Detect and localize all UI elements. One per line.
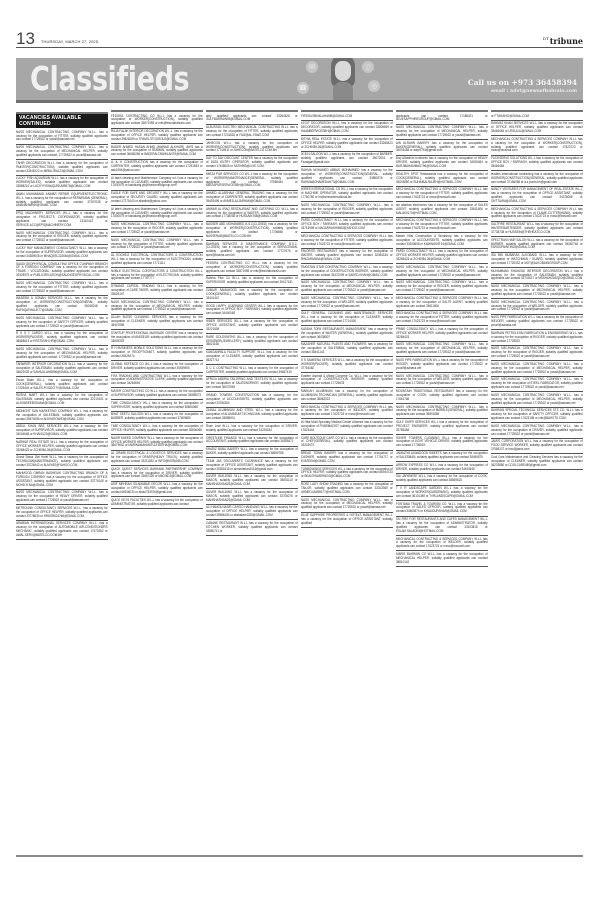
classified-ad: NASS MECHANICAL CONTRACTING COMPANY W.L.… xyxy=(16,146,108,161)
classified-ad: NASS MECHANICAL CONTRACTING COMPANY W.L.… xyxy=(491,300,583,315)
classified-ad: HEALTHY SPOT Restaurants has a vacancy f… xyxy=(396,172,488,187)
classified-ad: AHMED ALJARHAM GENERAL TRADING has a vac… xyxy=(206,192,298,207)
classified-ad: PAKISTAN STAR CONTRACTING COMPANY W.L.L.… xyxy=(301,265,393,280)
classified-ad: NASS MECHANICAL CONTRACTING COMPANY W.L.… xyxy=(111,300,203,315)
classified-ad: LUCKY RAY MANAGEMENT CONSULTANCY W.L.L h… xyxy=(16,246,108,261)
classified-ad: ASIF MEHRAN ISLAMABAD DECOR W.L.L has a … xyxy=(111,483,203,498)
classified-ad: NASS PIPE FABRICATION W.L.L has a vacanc… xyxy=(396,358,488,373)
classified-ad: NANCY VENTURES FOR MANAGEMENT OF REAL ES… xyxy=(491,188,583,206)
classified-ad: ain alsebaa electronics has a vacancy fo… xyxy=(396,203,488,218)
ads-list: NASS MECHANICAL CONTRACTING COMPANY W.L.… xyxy=(16,130,108,540)
classified-ad: SALTFIRE RESTAURANT W.L.L has a vacancy … xyxy=(491,223,583,238)
classified-ad: NASS MECHANICAL CONTRACTING COMPANY W.L.… xyxy=(396,374,488,389)
classified-ad: QUICK QUEST SERVICES BAHRAINI PARTNERSHI… xyxy=(111,467,203,482)
classified-ad: CARE BOUTIQUE CAFE CO W.L.L has a vacanc… xyxy=(301,436,393,451)
classified-ad: MECHANICAL CONTRACTING & SERVICES COMPAN… xyxy=(396,296,488,311)
classified-ad: NASS MECHANICAL CONTRACTING COMPANY W.L.… xyxy=(396,126,488,141)
classified-ad: NASS MECHANICAL CONTRACTING COMPANY W.L.… xyxy=(491,424,583,439)
call-us-phone: Call us on +973 36458394 xyxy=(468,78,577,87)
illustration-woman xyxy=(328,58,358,103)
masthead-small: DT xyxy=(543,36,549,41)
classified-ad: NASS MECHANICAL CONTRACTING COMPANY W.L.… xyxy=(301,296,393,311)
classified-ad: ALI HAMZA NASIR CARGO HANDLING W.L.L has… xyxy=(206,506,298,521)
classified-ad: KATANA TORII RESTAURANTS MANAGEMENT has … xyxy=(301,327,393,342)
classified-ad: NASS MECHANICAL CONTRACTING COMPANY W.L.… xyxy=(396,281,488,296)
classified-ad: RAHMAT KHAN SERVICES W.L.L has a vacancy… xyxy=(491,122,583,137)
classified-ad: Grand Swiss -Bel Hotel W.L.L has a vacan… xyxy=(16,456,108,471)
classified-ad: ROSE LADY SHOW TRADING has a vacancy for… xyxy=(301,483,393,498)
page-header-left: 13 THURSDAY, MARCH 27, 2025 xyxy=(16,31,98,47)
classified-ad: MARIS BAHRAIN CO W.L.L has a vacancy for… xyxy=(396,552,488,567)
classified-ad: ABDUL KHAN BBS SERVICES W.L.L has a vaca… xyxy=(16,425,108,440)
classified-ad: BREAD TOWN BAKERY has a vacancy for the … xyxy=(301,452,393,467)
classifieds-banner: Classifieds ✉ ☎ ▯ ◎ Call us on +973 3645… xyxy=(16,58,583,103)
mail-icon: ✉ xyxy=(306,61,318,73)
classified-ad: MAZAHER NATURAL PLANTS AND FLOWERS has a… xyxy=(301,343,393,358)
classified-ad: Escon Bake W.L.L. has a vacancy for the … xyxy=(16,378,108,393)
classified-ad: MUHAMMAD SHAHZAD INTERIOR DECORATION W.L… xyxy=(491,269,583,284)
classified-ad: SPECTRUM HAIR SALON W.L.L has a vacancy … xyxy=(491,238,583,253)
classified-ad: NARWAT REAL ESTATE W.L.L has a vacancy f… xyxy=(16,440,108,455)
classified-ad: ALBUSTAN ELECTRO MECHANICAL CONTRACTING … xyxy=(206,126,298,141)
classified-ad: A. A. K CONSTRUCTION has a vacancy for t… xyxy=(111,161,203,176)
classified-ad: NASS MECHANICAL CONTRACTING COMPANY W.L.… xyxy=(16,281,108,296)
classified-ad: BLUE SAPPHIRE PROPERTIES & HOTELS MANAGE… xyxy=(301,514,393,529)
column-2: FEDORA CONTRACTING CO W.L.L has a vacanc… xyxy=(111,110,203,853)
classified-ad: PRIME CONSULTANCY W.L.L has a vacancy fo… xyxy=(396,327,488,342)
classified-ad: IK 804 SALOON W.L.L has a vacancy for th… xyxy=(301,153,393,168)
classified-ad: MECHANICAL CONTRACTING & SERVICES COMPAN… xyxy=(396,312,488,327)
classified-ad: NASS MECHANICAL CONTRACTING COMPANY W.L.… xyxy=(491,285,583,300)
classified-ad: STARTUP PROFESSIONAL MASSAGE CENTRE has … xyxy=(111,331,203,346)
classified-ad: FIRDOUSBHALAHAM8@GMAIL.COM xyxy=(301,114,393,121)
classified-ad: ON FIRE FOR RESTAURANTS AND CAFES MANAGE… xyxy=(396,518,488,536)
classified-ad: SAUDI GEOPHYSICAL CONSULTING OFFICE COMP… xyxy=(16,262,108,280)
classified-ad: ALLAH BLESS CLEANING SERVICES has a vaca… xyxy=(111,316,203,331)
classified-ad: Cool Care Maintenance and Cleaning Servi… xyxy=(491,455,583,470)
classified-ad: LUCKY FISH AQUARIUM W.L.L has a vacancy … xyxy=(16,177,108,192)
ads-list: FEDORA CONTRACTING CO W.L.L has a vacanc… xyxy=(111,114,203,509)
classified-ad: BAHRAIN PETROLEUM FABRICATION & ENGINEER… xyxy=(491,331,583,346)
classified-ad: JAHECON W.L.L has a vacancy for the occu… xyxy=(206,141,298,156)
classified-ad: GOOD HAPPY LEARNING CENTER W.L.L has a v… xyxy=(206,304,298,319)
classified-ad: DAY TO DAY DISCOUNT CENTER has a vacancy… xyxy=(206,157,298,172)
classified-ad: NASS MECHANICAL CONTRACTING COMPANY W.L.… xyxy=(491,378,583,393)
classified-ad: R S S T CARGO W.L.L has a vacancy for th… xyxy=(16,332,108,347)
classified-ad: MECHANICAL CONTRACTING & SERVICES COMPAN… xyxy=(301,405,393,420)
classified-ad: T V R LANDSCAPE GARDEN W.L.L has a vacan… xyxy=(396,487,488,502)
classified-ad: JAMI'S CORPORATION W.L.L has a vacancy f… xyxy=(491,440,583,455)
classified-ad: MAHMOOD OMRAN BASHEIUK CONTRACTING BRANC… xyxy=(16,471,108,489)
classified-ad: LEGIT DECORATION W.L.L has a vacancy for… xyxy=(301,122,393,137)
classified-ad: NASS MECHANICAL CONTRACTING COMPANY W.L.… xyxy=(16,316,108,331)
classified-ad: Rahma Plus Co W.L.L has a vacancy for th… xyxy=(206,277,298,288)
classified-ad: MECHANICAL CONTRACTING & SERVICES COMPAN… xyxy=(396,219,488,234)
classified-ad: Al fateh cleaning and Maintenance Compan… xyxy=(111,176,203,191)
classified-ad: AL KOOHEJI ELECTRICAL CONTRACTORS & CONS… xyxy=(111,254,203,269)
column-4: FIRDOUSBHALAHAM8@GMAIL.COMLEGIT DECORATI… xyxy=(301,110,393,853)
classified-ad: S S SAMEENA SERVICES W.L.L has a vacancy… xyxy=(301,358,393,373)
column-3: ably qualified applicants can contact 33… xyxy=(206,110,298,853)
classified-ad: TAHIR DECORATION W.L.L has a vacancy for… xyxy=(16,161,108,176)
classified-ad: ANWAR AL IRAQ RESTAURANT AND CATERING CO… xyxy=(206,207,298,222)
classified-ad: JAMAZIYA ALWADOOD SWEETS has a vacancy f… xyxy=(396,452,488,463)
classified-ad: NASS MECHANICAL CONTRACTING COMPANY W.L.… xyxy=(16,347,108,362)
classified-ad: EPIQ MACHINERY SERVICES W.L.L has a vaca… xyxy=(16,212,108,230)
classified-ad: FIYA TRADING AND CONTRACTING W.L.L has a… xyxy=(111,374,203,389)
classified-ad: RARE GOLDSMITHS W.L.L has a vacancy for … xyxy=(206,335,298,350)
classified-ad: NOBLE ELECTRICAL CONTRACTORS & CONSTRUCT… xyxy=(111,269,203,284)
classified-ad: Eastern Asphalt & Mixed Concrete Co. W.L… xyxy=(301,374,393,389)
classified-ad: NASS MECHANICAL CONTRACTING COMPANY W.L.… xyxy=(396,405,488,420)
classified-ad: NASSER ABD MOHAMMED B.S.C(CLOSED) has a … xyxy=(206,223,298,241)
classified-ad: NASS MECHANICAL CONTRACTING COMPANY W.L.… xyxy=(491,347,583,362)
column-5: applicants can contact 17186421 or BLUES… xyxy=(396,110,488,853)
classified-ad: GRAND TOWERS CONSTRUCTION has a vacancy … xyxy=(206,393,298,408)
section-title: Classifieds xyxy=(30,59,189,98)
classified-ad: MIDNIGHT SUN MARKETING COMPANY W.L.L. ha… xyxy=(16,409,108,424)
classified-ad: QUICK KEYS FACILITIES W.L.L has a vacanc… xyxy=(111,498,203,509)
classified-ad: NASS MECHANICAL CONTRACTING COMPANY W.L.… xyxy=(301,203,393,218)
ads-list: applicants can contact 17186421 or BLUES… xyxy=(396,114,488,567)
classified-ad: MIRZA PUR SERVICES CO W.L.L has a vacanc… xyxy=(206,172,298,190)
classified-ad: NASS MECHANICAL CONTRACTING COMPANY W.L.… xyxy=(301,498,393,513)
page-number: 13 xyxy=(16,31,35,47)
classified-ad: ARABIAN INTERNATIONAL SERVICES COMPANY W… xyxy=(16,522,108,540)
classified-ad: RUSHA MART W.L.L has a vacancy for the o… xyxy=(16,394,108,409)
classified-ad: NASS MECHANICAL CONTRACTING COMPANY W.L.… xyxy=(491,362,583,377)
classified-ad: RAJA FALAK INTERIOR DECORATION W.L.L. ha… xyxy=(111,130,203,145)
classified-ad: NASS MECHANICAL CONTRACTING COMPANY W.L.… xyxy=(16,231,108,246)
classified-ad: ZAINAL ALUMINIUM AND STEEL W.L.L has a v… xyxy=(206,409,298,424)
classified-ad: ARROW EXPRESS CO W.L.L has a vacancy for… xyxy=(396,463,488,474)
classified-ad: NASS PIPE FABRICATION W.L.L has a vacanc… xyxy=(491,316,583,331)
classified-ad: GULF SHIPS SERVICES W.L.L has a vacancy … xyxy=(396,420,488,435)
classified-ad: FEDORA CONTRACTING CO W.L.L has a vacanc… xyxy=(206,261,298,276)
classified-ad: R H BUSINESS MOBILE SOLUTIONS W.L.L has … xyxy=(111,347,203,362)
classified-ad: SILVER BUILDING W.L.L has a vacancy for … xyxy=(206,490,298,505)
classified-ad: BADER AHMED HASAN AHMD (AWWAD ALKHAIR) -… xyxy=(111,145,203,160)
classified-ad: Al Hilal Multi Specialty Medical Center … xyxy=(301,420,393,435)
column-6: or FTWASHO@GMAIL.COMRAHMAT KHAN SERVICES… xyxy=(491,110,583,853)
classified-ad: SILVER BUILDING W.L.L has a vacancy for … xyxy=(206,475,298,490)
classified-ad: GULF GENERAL CLEANING AND MAINTENANCE SE… xyxy=(301,312,393,327)
classified-ad: METROLINK CONSULTANCY SERVICES W.L.L. ha… xyxy=(16,506,108,521)
classified-ad: TIME CONSULTANCY W.L.L has a vacancy for… xyxy=(111,401,203,412)
classified-ad: WASEEM & USMAN SERVICES W.L.L. has a vac… xyxy=(16,297,108,315)
issue-date: THURSDAY, MARCH 27, 2025 xyxy=(41,39,98,45)
phone-icon: ☎ xyxy=(297,82,309,94)
classified-ad: BHAT SEETU SALOON W.L.L has a vacancy fo… xyxy=(111,413,203,424)
classified-ad: NASS MECHANICAL CONTRACTING COMPANY W.L.… xyxy=(16,130,108,145)
classified-ad: PARDI CONSULTANCY W.L.L has a vacancy fo… xyxy=(301,219,393,234)
classified-ad: ably qualified applicants can contact 33… xyxy=(206,114,298,125)
classified-ad: FONTANA TRAVEL & TOURISM CO. W.L.L has a… xyxy=(396,502,488,517)
ads-list: FIRDOUSBHALAHAM8@GMAIL.COMLEGIT DECORATI… xyxy=(301,114,393,528)
classified-ad: Rose Leaf W.L.L has a vacancy for the oc… xyxy=(206,424,298,435)
classified-ad: KHADIZ BANU BAKERY W.L.L has a vacancy f… xyxy=(206,448,298,459)
classified-ad: TIME CONSULTANCY W.L.L. has a vacancy fo… xyxy=(111,424,203,435)
classified-ad: NASS MECHANICAL CONTRACTING COMPANY W.L.… xyxy=(491,393,583,408)
classified-ad: ZUBAIR SAMAHOOD has a vacancy for the oc… xyxy=(206,289,298,304)
classified-ad: NASS MECHANICAL CONTRACTING COMPANY W.L.… xyxy=(396,343,488,358)
classified-ad: D C C CONTRACTING W.L.L has a vacancy fo… xyxy=(206,366,298,377)
classified-ad: MECHANICAL CONTRACTING & SERVICES COMPAN… xyxy=(301,234,393,249)
classified-ad: FEDORA CONTRACTING CO W.L.L has a vacanc… xyxy=(111,114,203,129)
classified-ad: MECHANICAL CONTRACTING & SERVICES COMPAN… xyxy=(396,188,488,203)
classified-ad: HIBER SERVICES W.L.L has a vacancy for t… xyxy=(206,320,298,335)
classified-ad: CABANE RESTAURANT W.L.L has a vacancy fo… xyxy=(206,521,298,536)
globe-icon: ◎ xyxy=(368,80,380,92)
mobile-icon: ▯ xyxy=(362,61,374,73)
classified-ad: NASIR SAEED COMPANY W.L.L has a vacancy … xyxy=(111,436,203,451)
classified-ad: NASS MECHANICAL CONTRACTING COMPANY W.L.… xyxy=(301,281,393,296)
classified-ad: Al fateh cleaning and Maintenance Compan… xyxy=(111,207,203,222)
masthead-name: tribune xyxy=(550,36,583,46)
classified-ad: GLOBAL DEFENCE CO W.L.L has a vacancy fo… xyxy=(111,362,203,373)
classified-ad: AFRICA ANDRIA TAILORING AND TEXTILES W.L… xyxy=(206,378,298,393)
classified-ad: AIN ALRAHN BAKERY has a vacancy for the … xyxy=(396,141,488,156)
classified-ad: AL ORAIBI ELECTRICAL & LOGISTICS SERVICE… xyxy=(111,452,203,467)
classified-ad: BITHIA REAL ESTATE W.L.L has a vacancy f… xyxy=(301,137,393,152)
bottom-rule xyxy=(16,855,583,857)
classified-ad: MOUNTAIN TRADITIONAL RESTAURANT has a va… xyxy=(396,389,488,404)
masthead-logo: DTtribune xyxy=(543,36,583,46)
classified-ad: EAGLE FOR SAFE AND SECURITY W.L.L has a … xyxy=(111,192,203,207)
classified-ad: MECHANICAL CONTRACTING & SERVICES COMPAN… xyxy=(491,137,583,155)
classified-ad: TANWEER INTERIOR DECORATION W.L.L has a … xyxy=(16,363,108,378)
classified-ad: applicants can contact 17186421 or BLUES… xyxy=(396,114,488,125)
classified-ad: Master Hilal Construction & Workshop has… xyxy=(396,234,488,249)
classified-ad: MAYER CONTRACTING CO W.L.L has a vacancy… xyxy=(111,389,203,400)
classified-ad: AMAN MUHAMMAD ANWAR REPAIR EQUIPMENTELEC… xyxy=(16,192,108,210)
classified-ad: KANGANPALA FACILITY SUPPORT W.L.L has a … xyxy=(206,351,298,366)
contact-email: email : advt@newsofbahrain.com xyxy=(491,89,577,94)
classified-ad: leaders international contracting has a … xyxy=(491,172,583,187)
classified-ad: CRESTLINE FINANCE W.L.L has a vacancy fo… xyxy=(206,436,298,447)
classified-ad: NASS MECHANICAL CONTRACTING COMPANY W.L.… xyxy=(16,491,108,506)
classified-ad: NASS MECHANICAL CONTRACTING COMPANY W.L.… xyxy=(396,265,488,280)
classified-ad: FLEXISERVE SOLUTIONS W.L.L has a vacancy… xyxy=(491,157,583,172)
classified-ad: SILVER TOWERS CLEANING W.L.L has a vacan… xyxy=(396,436,488,451)
classified-ad: WIRES INTERNATIONAL CO W.L.L has a vacan… xyxy=(301,188,393,203)
classified-ad: TURBOWINGS SERVICES W.L.L has a vacancy … xyxy=(301,467,393,482)
classified-ad: MECHANICAL CONTRACTING & SERVICES COMPAN… xyxy=(491,207,583,222)
classified-ad: or FTWASHO@GMAIL.COM xyxy=(491,114,583,121)
classified-ad: Burj Alhashim furnitures has a vacancy f… xyxy=(396,157,488,172)
column-1: VACANCIES AVAILABLE CONTINUED NASS MECHA… xyxy=(16,110,108,853)
ads-list: or FTWASHO@GMAIL.COMRAHMAT KHAN SERVICES… xyxy=(491,114,583,470)
classified-ad: NASS MECHANICAL CONTRACTING COMPANY W.L.… xyxy=(111,238,203,253)
classified-ad: RAHMA MOHAMED ABBAS MOHAMMED has a vacan… xyxy=(301,168,393,186)
classified-ad: NASS MECHANICAL CONTRACTING COMPANY W.L.… xyxy=(111,223,203,238)
classified-ad: DYNAMIZ CAPITAL TRADING W.L.L has a vaca… xyxy=(111,285,203,300)
classified-ad: BAHRAIN SPECIAL TECHNICAL SERVICES STS C… xyxy=(491,409,583,424)
page-header: 13 THURSDAY, MARCH 27, 2025 DTtribune xyxy=(16,32,583,48)
classified-ad: ISA BIN MUBARAK ALKOBAISI W.L.L has a va… xyxy=(491,254,583,269)
classified-ad: BAHRAIN SERVICES & MAINTENANCE COMPANY B… xyxy=(206,242,298,260)
classified-ad: TEAM JAS DOCUMENTS CLEARANCE has a vacan… xyxy=(206,459,298,474)
classified-ad: FAVORITE RESTAURANT has a vacancy for th… xyxy=(301,250,393,265)
ads-list: ably qualified applicants can contact 33… xyxy=(206,114,298,536)
classified-ad: SAI JAPANESE W.L.L has a vacancy for the… xyxy=(396,475,488,486)
classified-ad: MAKKAH ALUMINIUM has a vacancy for the o… xyxy=(301,389,393,404)
classified-ad: PARDI CONSULTANCY W.L.L has a vacancy fo… xyxy=(396,250,488,265)
section-heading-vacancies: VACANCIES AVAILABLE CONTINUED xyxy=(16,112,108,128)
classified-ad: MECHANICAL CONTRACTING & SERVICES COMPAN… xyxy=(396,537,488,552)
